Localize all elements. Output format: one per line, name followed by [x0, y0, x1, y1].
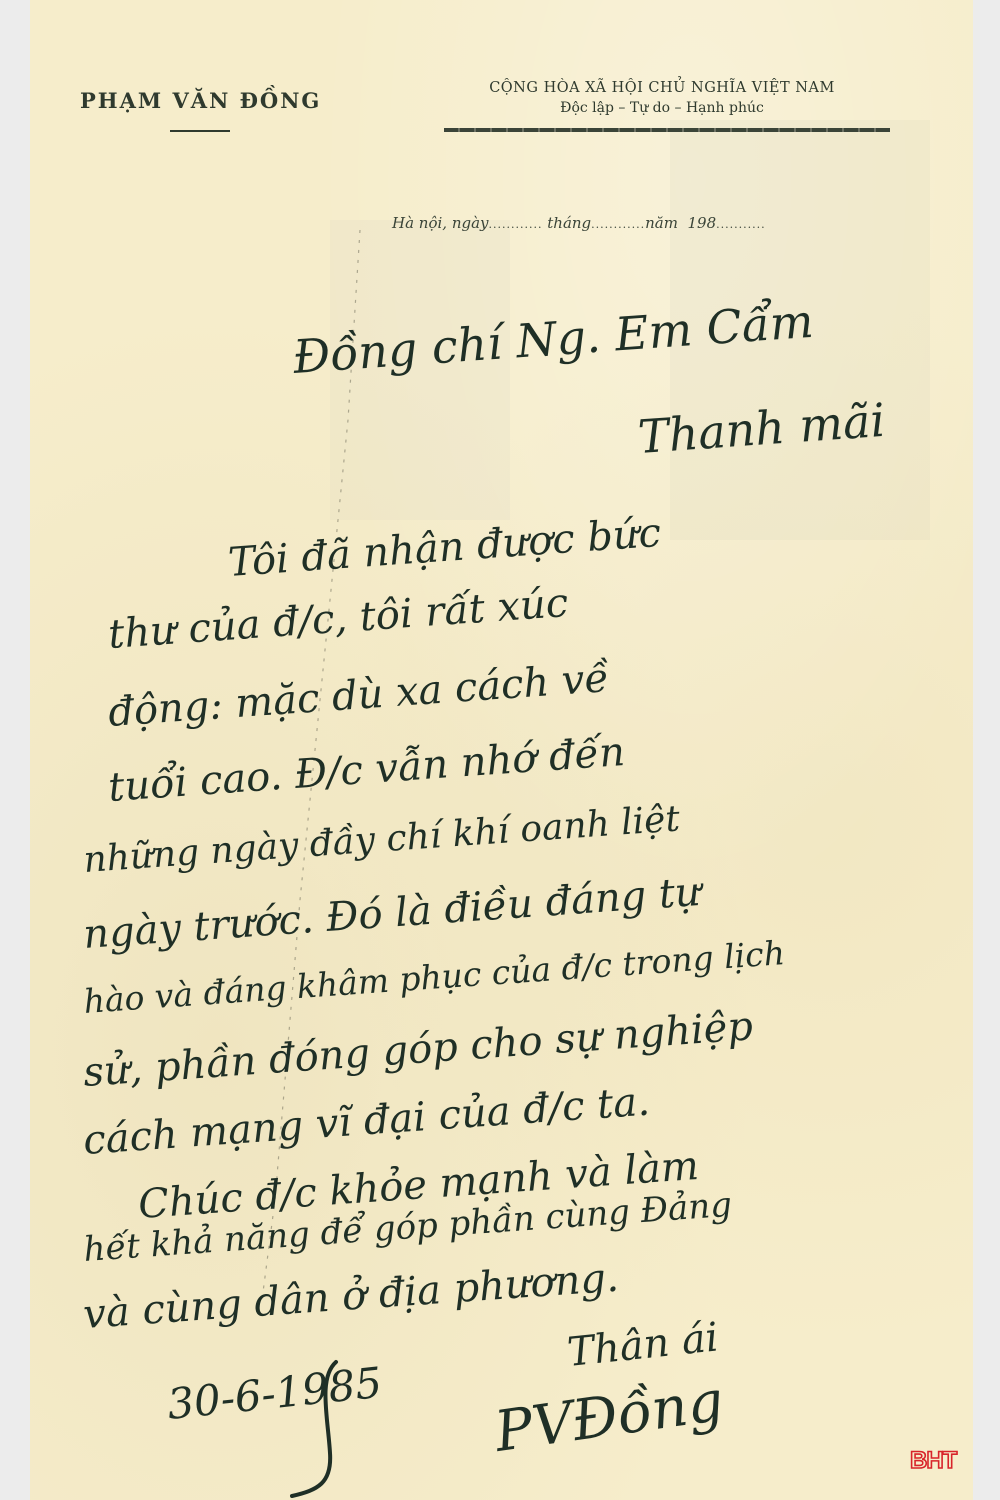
- letterhead-republic-block: CỘNG HÒA XÃ HỘI CHỦ NGHĨA VIỆT NAM Độc l…: [432, 80, 892, 116]
- body-line: tuổi cao. Đ/c vẫn nhớ đến: [107, 729, 627, 811]
- body-line: những ngày đầy chí khí oanh liệt: [82, 798, 681, 881]
- republic-title: CỘNG HÒA XÃ HỘI CHỦ NGHĨA VIỆT NAM: [432, 80, 892, 96]
- dateline-year-blank: ...........: [716, 218, 765, 231]
- handwritten-date: 30-6-1985: [165, 1358, 384, 1429]
- printed-dateline: Hà nội, ngày............ tháng..........…: [392, 214, 766, 232]
- letterhead-divider: [444, 128, 890, 132]
- dateline-place: Hà nội, ngày: [392, 214, 489, 232]
- body-line: và cùng dân ở địa phương.: [82, 1255, 620, 1338]
- dateline-year-prefix: 198: [688, 214, 717, 232]
- body-line: thư của đ/c, tôi rất xúc: [107, 580, 570, 658]
- letter-paper: PHẠM VĂN ĐỒNG CỘNG HÒA XÃ HỘI CHỦ NGHĨA …: [30, 0, 973, 1500]
- sender-name-underline: [170, 130, 230, 132]
- date-bracket-stroke: [288, 1358, 348, 1498]
- dateline-year-label: năm: [645, 214, 678, 232]
- body-line: động: mặc dù xa cách về: [107, 655, 611, 736]
- signature: PVĐồng: [491, 1369, 727, 1465]
- body-line: sử, phần đóng góp cho sự nghiệp: [82, 1003, 755, 1096]
- dateline-month-label: tháng: [547, 214, 591, 232]
- closing-greeting: Thân ái: [565, 1314, 720, 1376]
- sender-name: PHẠM VĂN ĐỒNG: [80, 88, 321, 113]
- body-line: Tôi đã nhận được bức: [227, 510, 663, 586]
- bht-watermark-logo: BHT: [910, 1447, 956, 1475]
- dateline-day-blank: ............: [489, 218, 543, 231]
- dateline-month-blank: ............: [591, 218, 645, 231]
- national-motto: Độc lập – Tự do – Hạnh phúc: [432, 100, 892, 116]
